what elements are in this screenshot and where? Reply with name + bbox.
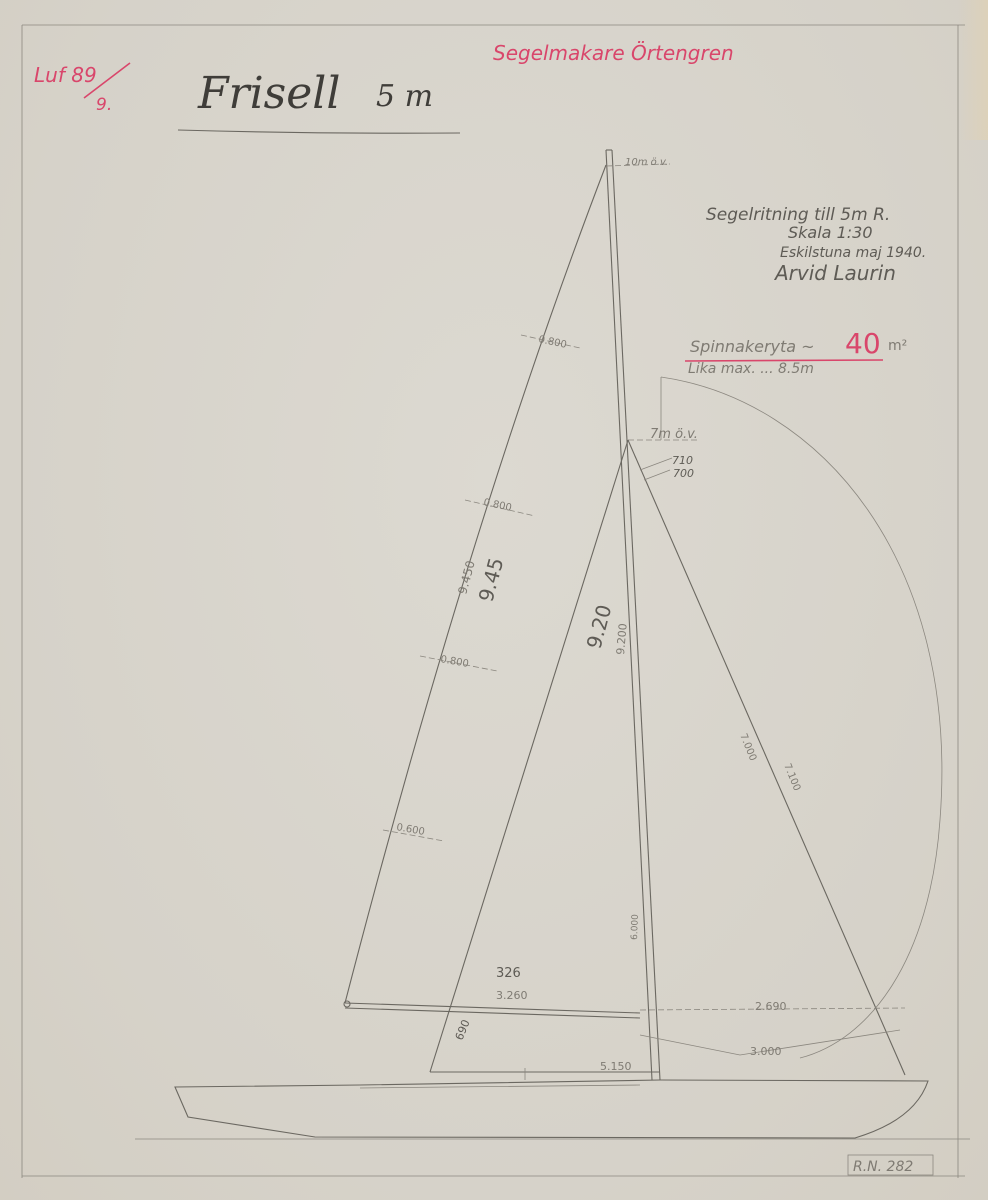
title-block-line2: Skala 1:30 xyxy=(788,223,873,242)
spinnaker-area-unit: m² xyxy=(888,338,907,354)
forestay-fraction-bottom: 700 xyxy=(673,467,694,480)
drawing-class: 5 m xyxy=(376,79,433,114)
leech-label-small: 9.450 xyxy=(455,559,477,596)
drawing-title: Frisell xyxy=(197,68,340,119)
batten-label-4: 0.600 xyxy=(395,822,425,838)
jib-mast-side-label: 6.000 xyxy=(630,914,641,940)
jib-foot-label-2: 3.000 xyxy=(750,1045,782,1058)
title-block-line3: Eskilstuna maj 1940. xyxy=(780,245,926,261)
sailmaker-label: Segelmakare Örtengren xyxy=(493,41,734,65)
deck-length-label: 5.150 xyxy=(600,1060,632,1073)
tack-height-label: 690 xyxy=(453,1018,473,1042)
archive-note-right: 9. xyxy=(96,95,112,115)
batten-label-3: 0.800 xyxy=(439,654,469,670)
jib-foot-label-1: 2.690 xyxy=(755,1000,787,1013)
luff-label-large: 9.20 xyxy=(582,602,617,651)
forestay-label: 7m ö.v. xyxy=(650,427,698,442)
batten-label-1: 0.800 xyxy=(537,334,567,351)
boom-length-label: 3.260 xyxy=(496,989,528,1002)
leech-label-large: 9.45 xyxy=(474,555,509,604)
jib-luff-label-2: 7.100 xyxy=(781,762,802,793)
spinnaker-area-value: 40 xyxy=(845,327,881,360)
mast-top-label: 10m ö.v. xyxy=(625,157,668,168)
title-block-line1: Segelritning till 5m R. xyxy=(706,205,890,225)
spinnaker-note-text: Spinnakeryta ~ xyxy=(690,337,815,356)
archive-stamp: R.N. 282 xyxy=(853,1159,913,1175)
mainsail-area-label: 326 xyxy=(496,966,521,981)
jib-luff-label-1: 7.000 xyxy=(737,732,758,763)
forestay-fraction-top: 710 xyxy=(672,454,693,467)
struck-note: Lika max. ... 8.5m xyxy=(688,361,814,377)
batten-label-2: 0.800 xyxy=(482,497,512,514)
signature: Arvid Laurin xyxy=(773,261,896,285)
archive-note-left: Luf 89 xyxy=(34,63,97,87)
luff-label-small: 9.200 xyxy=(614,623,630,656)
